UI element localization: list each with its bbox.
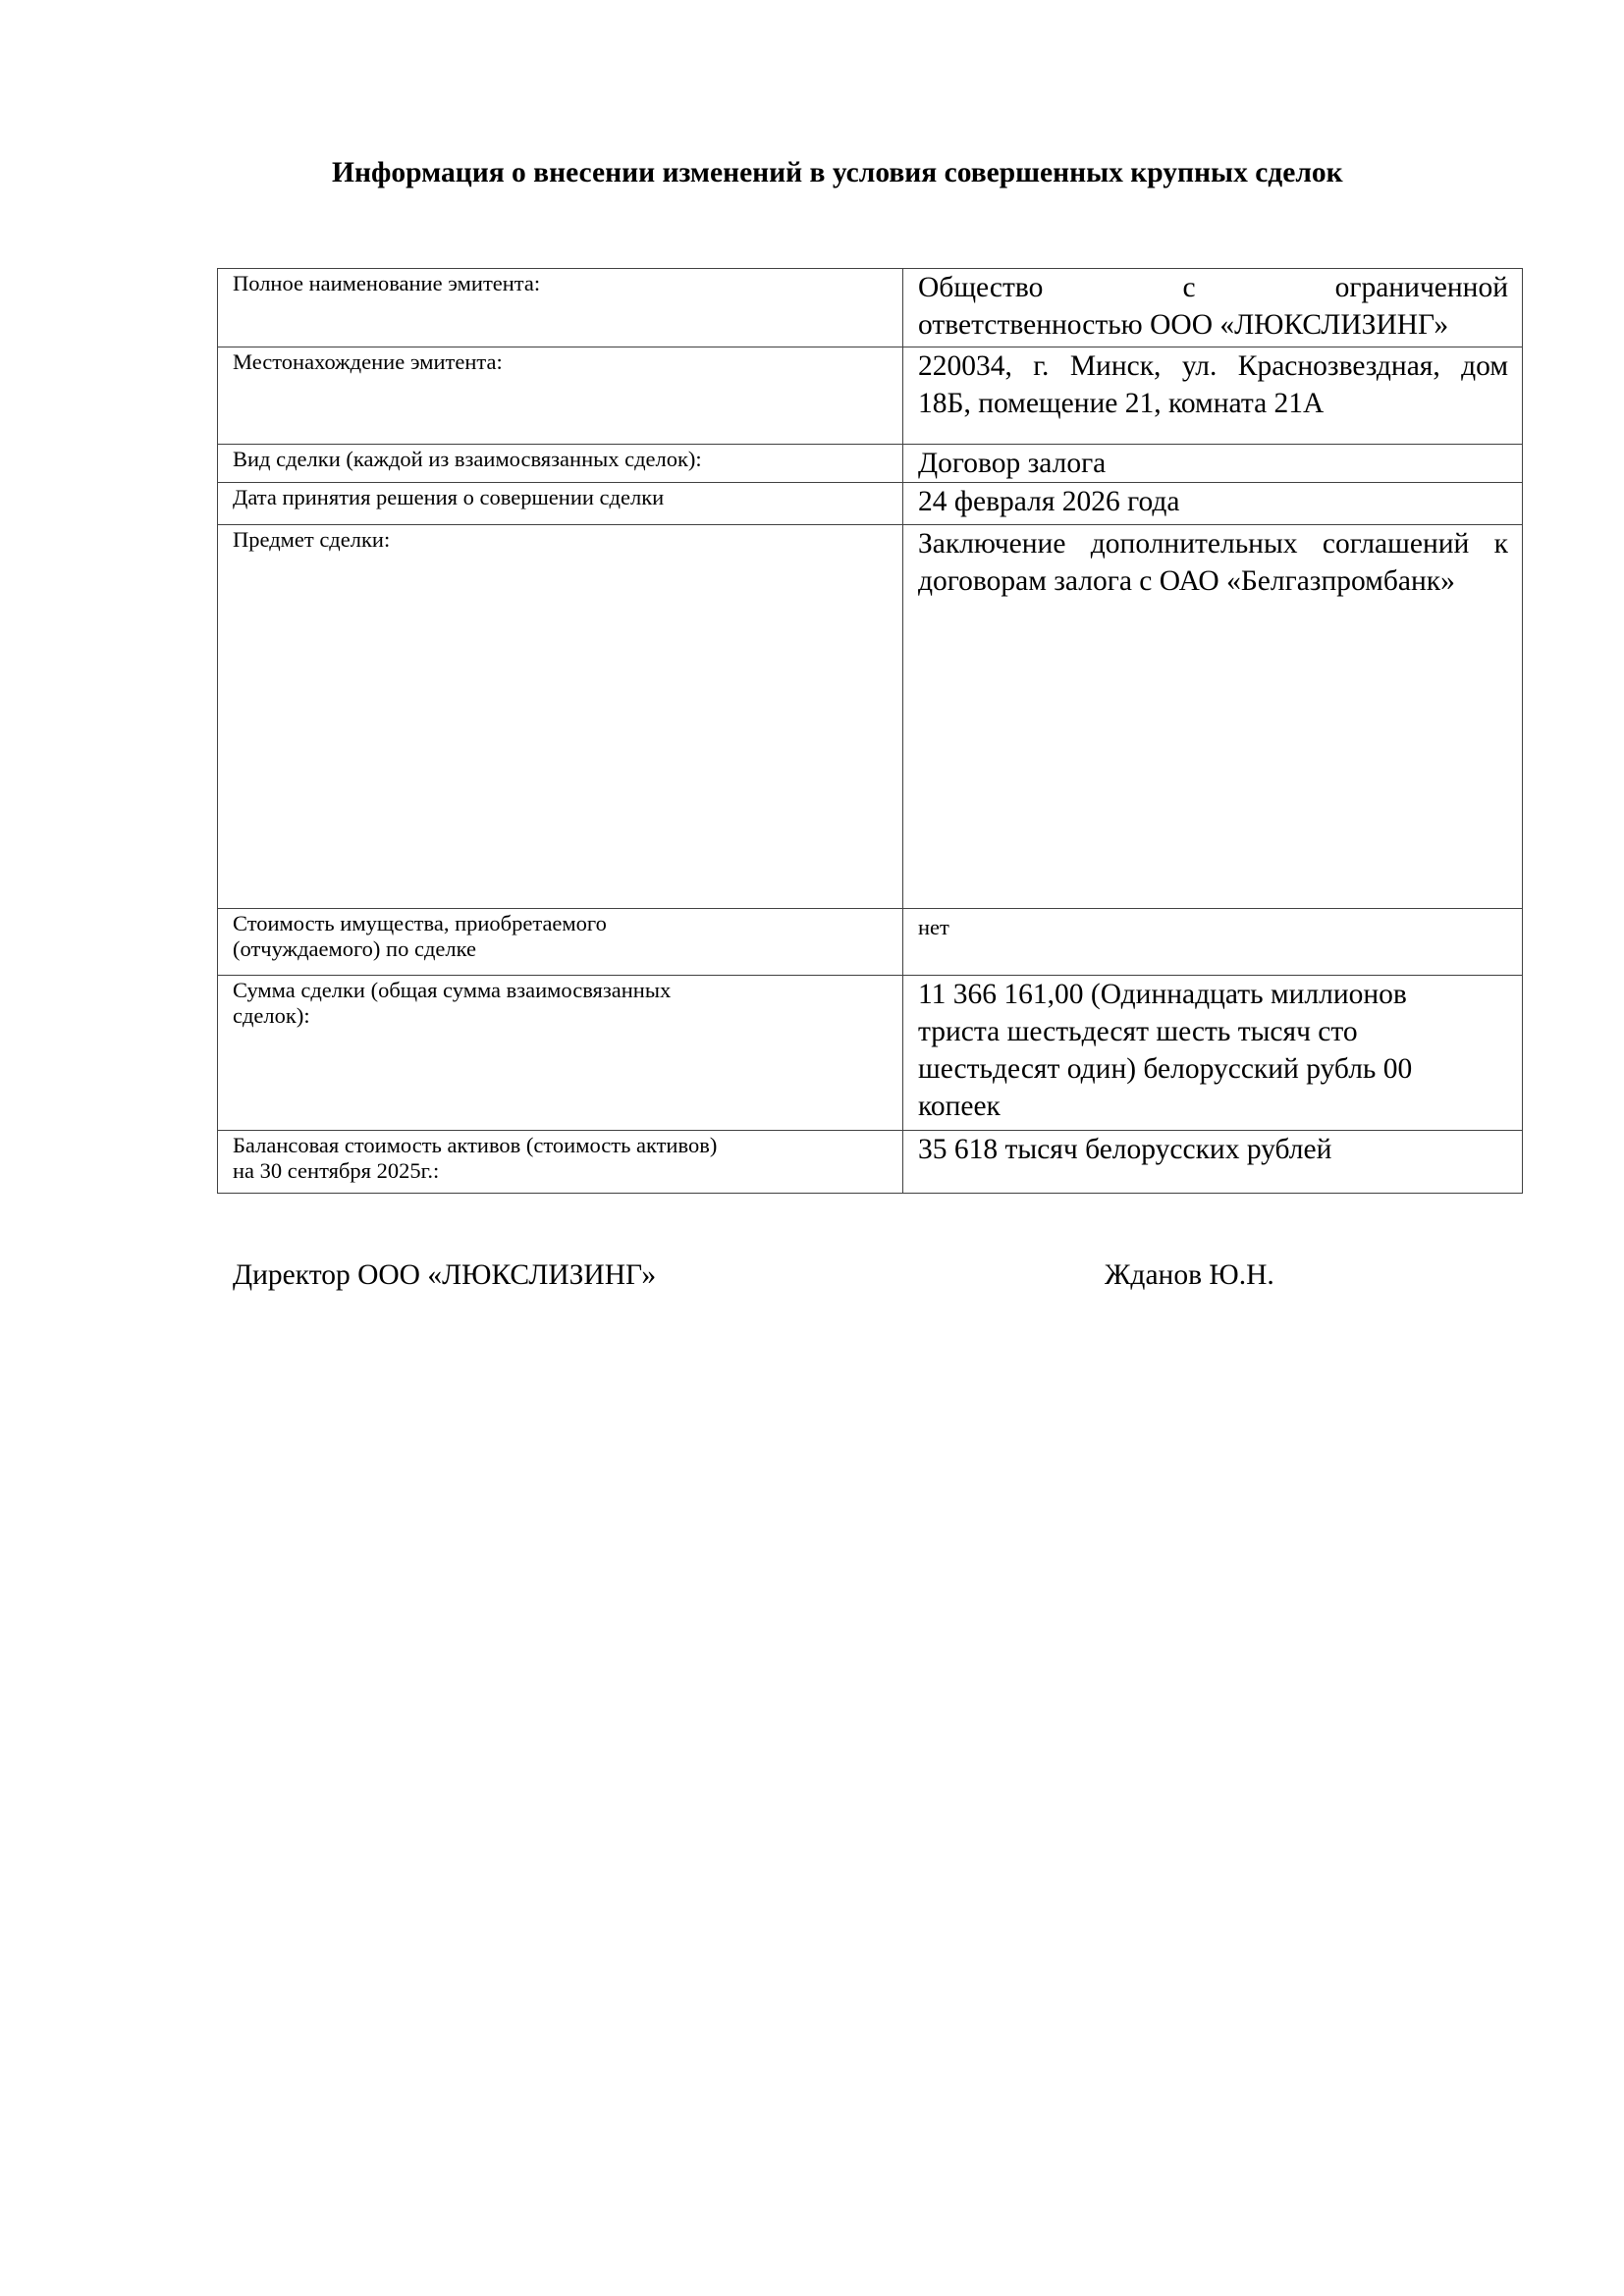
transaction-info-table: Полное наименование эмитента: Общество с… — [217, 268, 1523, 1194]
row-value-issuer-name: Общество с ограниченной ответственностью… — [903, 269, 1523, 347]
table-row-property-cost: Стоимость имущества, приобретаемого (отч… — [218, 909, 1523, 976]
table-row-issuer-location: Местонахождение эмитента: 220034, г. Мин… — [218, 347, 1523, 445]
table-row-decision-date: Дата принятия решения о совершении сделк… — [218, 483, 1523, 525]
value-line: 220034, г. Минск, ул. Краснозвездная, до… — [918, 347, 1508, 385]
value-line: 18Б, помещение 21, комната 21А — [918, 385, 1508, 422]
signer-name: Жданов Ю.Н. — [1105, 1259, 1274, 1292]
label-line: сделок): — [233, 1003, 889, 1029]
value-line: триста шестьдесят шесть тысяч сто — [918, 1013, 1508, 1050]
signer-position: Директор ООО «ЛЮКСЛИЗИНГ» — [233, 1259, 656, 1292]
row-label: Балансовая стоимость активов (стоимость … — [218, 1131, 903, 1194]
row-value-property-cost: нет — [903, 909, 1523, 976]
row-label: Предмет сделки: — [218, 525, 903, 909]
label-line: (отчуждаемого) по сделке — [233, 936, 889, 962]
table-row-issuer-name: Полное наименование эмитента: Общество с… — [218, 269, 1523, 347]
row-label: Дата принятия решения о совершении сделк… — [218, 483, 903, 525]
table-row-balance-value: Балансовая стоимость активов (стоимость … — [218, 1131, 1523, 1194]
value-line: 11 366 161,00 (Одиннадцать миллионов — [918, 976, 1508, 1013]
label-line: Балансовая стоимость активов (стоимость … — [233, 1133, 889, 1158]
value-line: договорам залога с ОАО «Белгазпромбанк» — [918, 562, 1508, 600]
table-row-transaction-type: Вид сделки (каждой из взаимосвязанных сд… — [218, 445, 1523, 483]
row-value-transaction-type: Договор залога — [903, 445, 1523, 483]
value-line: шестьдесят один) белорусский рубль 00 — [918, 1050, 1508, 1088]
row-value-issuer-location: 220034, г. Минск, ул. Краснозвездная, до… — [903, 347, 1523, 445]
table-row-transaction-subject: Предмет сделки: Заключение дополнительны… — [218, 525, 1523, 909]
label-line: Сумма сделки (общая сумма взаимосвязанны… — [233, 978, 889, 1003]
table-row-transaction-sum: Сумма сделки (общая сумма взаимосвязанны… — [218, 976, 1523, 1131]
label-line: на 30 сентября 2025г.: — [233, 1158, 889, 1184]
row-value-balance-value: 35 618 тысяч белорусских рублей — [903, 1131, 1523, 1194]
row-label: Полное наименование эмитента: — [218, 269, 903, 347]
value-line: Заключение дополнительных соглашений к — [918, 525, 1508, 562]
value-line: копеек — [918, 1088, 1508, 1125]
row-value-transaction-subject: Заключение дополнительных соглашений к д… — [903, 525, 1523, 909]
row-label: Сумма сделки (общая сумма взаимосвязанны… — [218, 976, 903, 1131]
row-label: Стоимость имущества, приобретаемого (отч… — [218, 909, 903, 976]
label-line: Стоимость имущества, приобретаемого — [233, 911, 889, 936]
value-line: ответственностью ООО «ЛЮКСЛИЗИНГ» — [918, 306, 1508, 344]
row-value-transaction-sum: 11 366 161,00 (Одиннадцать миллионов три… — [903, 976, 1523, 1131]
row-value-decision-date: 24 февраля 2026 года — [903, 483, 1523, 525]
value-line: Общество с ограниченной — [918, 269, 1508, 306]
document-title: Информация о внесении изменений в услови… — [332, 157, 1343, 189]
row-label: Вид сделки (каждой из взаимосвязанных сд… — [218, 445, 903, 483]
row-label: Местонахождение эмитента: — [218, 347, 903, 445]
